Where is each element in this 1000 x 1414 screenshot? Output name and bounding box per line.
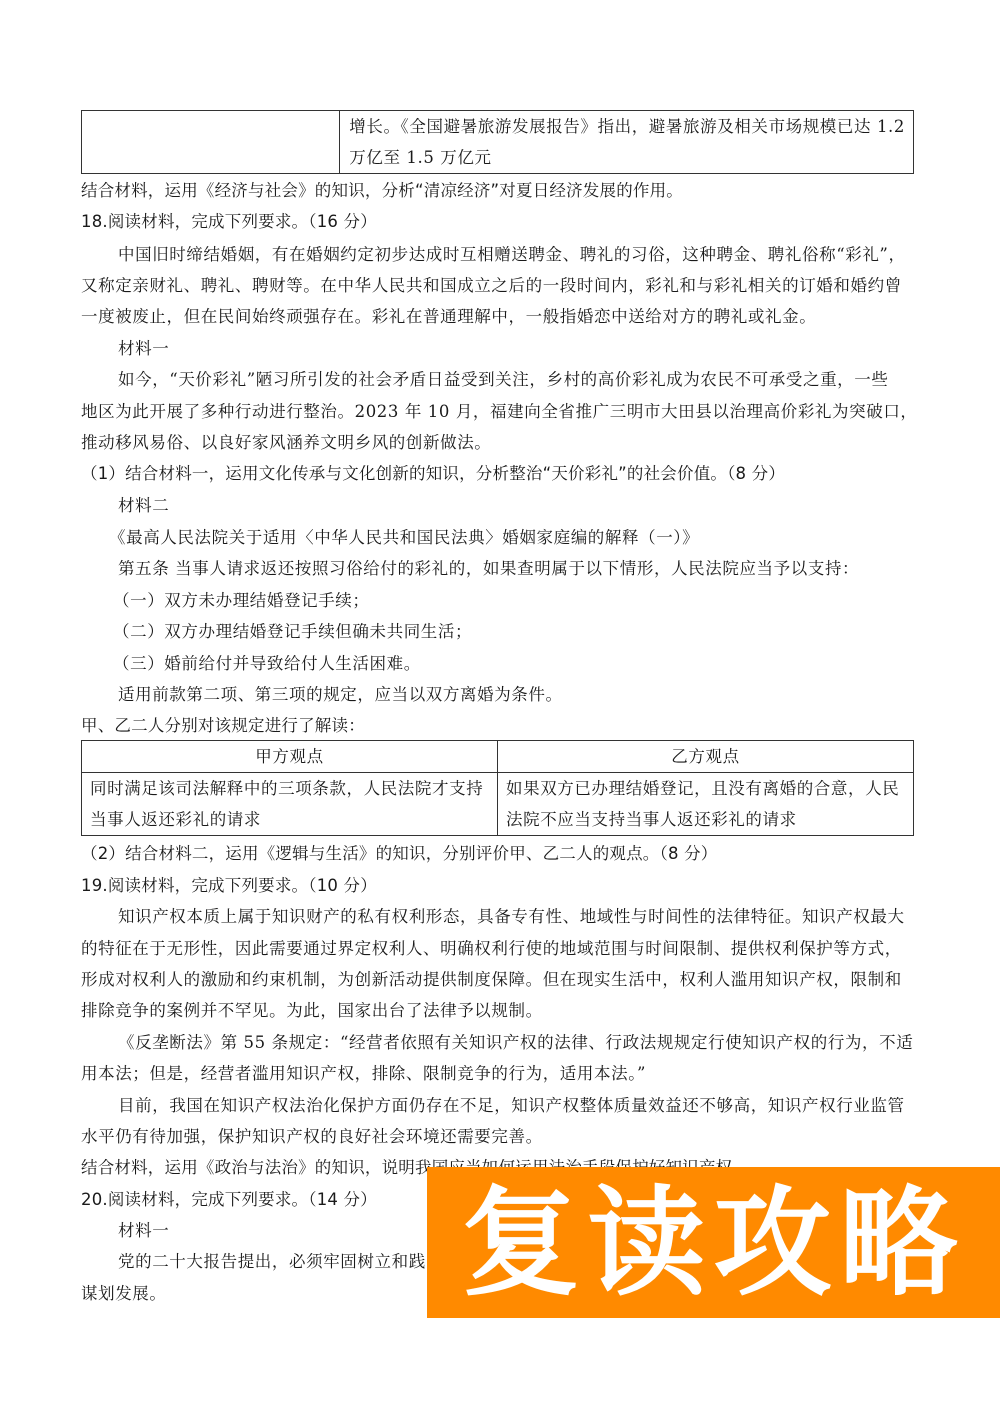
q18-material1-line: 地区为此开展了多种行动进行整治。2023 年 10 月，福建向全省推广三明市大田… — [81, 402, 918, 422]
header-yi: 乙方观点 — [498, 741, 914, 773]
q18-material1-line: 如今，“天价彩礼”陋习所引发的社会矛盾日益受到关注，乡村的高价彩礼成为农民不可承… — [118, 370, 888, 390]
cell-line: 如果双方已办理结婚登记，且没有离婚的合意，人民 — [506, 773, 905, 804]
article-item: （一）双方未办理结婚登记手续； — [113, 591, 370, 611]
yi-view-cell: 如果双方已办理结婚登记，且没有离婚的合意，人民 法院不应当支持当事人返还彩礼的请… — [498, 773, 914, 836]
q19-heading: 19.阅读材料，完成下列要求。（10 分） — [81, 876, 377, 896]
q18-sub-question-2: （2）结合材料二，运用《逻辑与生活》的知识，分别评价甲、乙二人的观点。（8 分） — [81, 844, 718, 864]
q20-heading: 20.阅读材料，完成下列要求。（14 分） — [81, 1190, 377, 1210]
watermark-banner: 复读攻略 — [427, 1167, 1000, 1318]
article-5: 第五条 当事人请求返还按照习俗给付的彩礼的，如果查明属于以下情形，人民法院应当予… — [118, 559, 859, 579]
material2-label: 材料二 — [118, 496, 169, 516]
table-row: 同时满足该司法解释中的三项条款，人民法院才支持 当事人返还彩礼的请求 如果双方已… — [82, 773, 914, 836]
q18-intro-line: 又称定亲财礼、聘礼、聘财等。在中华人民共和国成立之后的一段时间内，彩礼和与彩礼相… — [81, 276, 902, 296]
table-row: 增长。《全国避暑旅游发展报告》指出，避暑旅游及相关市场规模已达 1.2 万亿至 … — [82, 111, 914, 174]
q17-material-table: 增长。《全国避暑旅游发展报告》指出，避暑旅游及相关市场规模已达 1.2 万亿至 … — [81, 110, 914, 174]
q19-para-line: 用本法；但是，经营者滥用知识产权，排除、限制竞争的行为，适用本法。” — [81, 1064, 646, 1084]
q18-material1-line: 推动移风易俗、以良好家风涵养文明乡风的创新做法。 — [81, 433, 491, 453]
table-cell-left — [82, 111, 340, 174]
q19-para-line: 水平仍有待加强，保护知识产权的良好社会环境还需要完善。 — [81, 1127, 543, 1147]
table-cell-right: 增长。《全国避暑旅游发展报告》指出，避暑旅游及相关市场规模已达 1.2 万亿至 … — [340, 111, 914, 174]
q19-para-line: 的特征在于无形性，因此需要通过界定权利人、明确权利行使的地域范围与时间限制、提供… — [81, 939, 902, 959]
cell-line: 当事人返还彩礼的请求 — [90, 804, 489, 835]
q18-intro-line: 一度被废止，但在民间始终顽强存在。彩礼在普通理解中，一般指婚恋中送给对方的聘礼或… — [81, 307, 816, 327]
q19-para-line: 目前，我国在知识产权法治化保护方面仍存在不足，知识产权整体质量效益还不够高，知识… — [118, 1096, 905, 1116]
q19-para-line: 排除竞争的案例并不罕见。为此，国家出台了法律予以规制。 — [81, 1001, 543, 1021]
cell-line: 法院不应当支持当事人返还彩礼的请求 — [506, 804, 905, 835]
header-jia: 甲方观点 — [82, 741, 498, 773]
jia-view-cell: 同时满足该司法解释中的三项条款，人民法院才支持 当事人返还彩礼的请求 — [82, 773, 498, 836]
cell-line: 万亿至 1.5 万亿元 — [349, 142, 905, 173]
watermark-text: 复读攻略 — [461, 1184, 965, 1302]
material2-title: 《最高人民法院关于适用〈中华人民共和国民法典〉婚姻家庭编的解释（一）》 — [109, 528, 699, 548]
table-header-row: 甲方观点 乙方观点 — [82, 741, 914, 773]
q19-para-line: 形成对权利人的激励和约束机制，为创新活动提供制度保障。但在现实生活中，权利人滥用… — [81, 970, 902, 990]
article-clause: 适用前款第二项、第三项的规定，应当以双方离婚为条件。 — [118, 685, 563, 705]
q18-heading: 18.阅读材料，完成下列要求。（16 分） — [81, 212, 377, 232]
article-item: （三）婚前给付并导致给付人生活困难。 — [113, 654, 421, 674]
material1-label: 材料一 — [118, 339, 169, 359]
cell-line: 增长。《全国避暑旅游发展报告》指出，避暑旅游及相关市场规模已达 1.2 — [349, 111, 905, 142]
q20-line: 谋划发展。 — [81, 1284, 167, 1304]
q19-para-line: 《反垄断法》第 55 条规定：“经营者依照有关知识产权的法律、行政法规规定行使知… — [118, 1033, 913, 1053]
q19-para-line: 知识产权本质上属于知识财产的私有权利形态，具备专有性、地域性与时间性的法律特征。… — [118, 907, 905, 927]
cell-line: 同时满足该司法解释中的三项条款，人民法院才支持 — [90, 773, 489, 804]
views-table: 甲方观点 乙方观点 同时满足该司法解释中的三项条款，人民法院才支持 当事人返还彩… — [81, 740, 914, 836]
q18-intro-line: 中国旧时缔结婚姻，有在婚姻约定初步达成时互相赠送聘金、聘礼的习俗，这种聘金、聘礼… — [118, 245, 906, 265]
article-item: （二）双方办理结婚登记手续但确未共同生活； — [113, 622, 472, 642]
q20-line: 党的二十大报告提出，必须牢固树立和践 — [118, 1252, 426, 1272]
q18-sub-question-1: （1）结合材料一，运用文化传承与文化创新的知识，分析整治“天价彩礼”的社会价值。… — [81, 464, 785, 484]
q17-prompt: 结合材料，运用《经济与社会》的知识，分析“清凉经济”对夏日经济发展的作用。 — [81, 181, 683, 201]
interpretation-intro: 甲、乙二人分别对该规定进行了解读： — [81, 716, 365, 736]
material1-label: 材料一 — [118, 1221, 169, 1241]
